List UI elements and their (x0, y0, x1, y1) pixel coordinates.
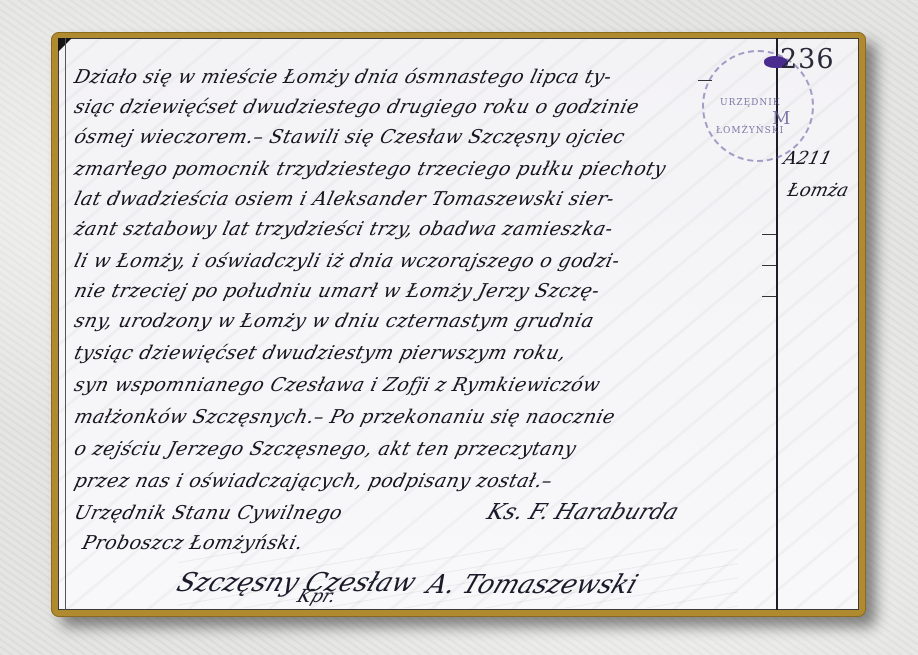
record-line: zmarłego pomocnik trzydziestego trzecieg… (72, 158, 668, 180)
witness-2-signature: A. Tomaszewski (423, 570, 642, 600)
document-page: URZĘDNIK M ŁOMŻYŃSKI 236 Działo się w mi… (58, 38, 859, 610)
record-line: małżonków Szczęsnych.– Po przekonaniu si… (72, 406, 617, 428)
record-line: przez nas i oświadczających, podpisany z… (72, 470, 555, 492)
left-binding-rule (65, 38, 66, 610)
margin-record-id: A211 (781, 148, 834, 169)
record-line: tysiąc dziewięćset dwudziestym pierwszym… (72, 342, 569, 364)
record-line: Działo się w mieście Łomży dnia ósmnaste… (72, 66, 614, 88)
line-end-dash (762, 234, 776, 235)
record-line: li w Łomży, i oświadczyli iż dnia wczora… (72, 250, 622, 272)
record-line: lat dwadzieścia osiem i Aleksander Tomas… (72, 188, 617, 210)
witness-1-signature: Szczęsny Czesław (173, 568, 421, 598)
stamp-top-text: URZĘDNIK (720, 98, 781, 108)
registrar-signature: Ks. F. Haraburda (483, 500, 682, 525)
record-line: żant sztabowy lat trzydzieści trzy, obad… (72, 218, 615, 240)
witness-1-rank: Kpr. (294, 586, 339, 607)
line-end-dash (762, 296, 776, 297)
record-line: ósmej wieczorem.– Stawili się Czesław Sz… (72, 126, 627, 148)
record-line: sny, urodzony w Łomży w dniu czternastym… (72, 310, 596, 332)
record-line: siąc dziewięćset dwudziestego drugiego r… (72, 96, 642, 118)
record-number: 236 (780, 44, 835, 75)
line-end-dash (762, 265, 776, 266)
record-line: o zejściu Jerzego Szczęsnego, akt ten pr… (72, 438, 579, 460)
line-end-dash (698, 80, 712, 81)
record-line: syn wspomnianego Czesława i Zofji z Rymk… (72, 374, 603, 396)
record-line: Urzędnik Stanu Cywilnego (72, 502, 345, 524)
record-line: nie trzeciej po południu umarł w Łomży J… (72, 280, 602, 302)
picture-frame: URZĘDNIK M ŁOMŻYŃSKI 236 Działo się w mi… (51, 32, 866, 617)
stamp-bottom-text: ŁOMŻYŃSKI (716, 126, 784, 136)
margin-place: Łomża (785, 180, 850, 201)
